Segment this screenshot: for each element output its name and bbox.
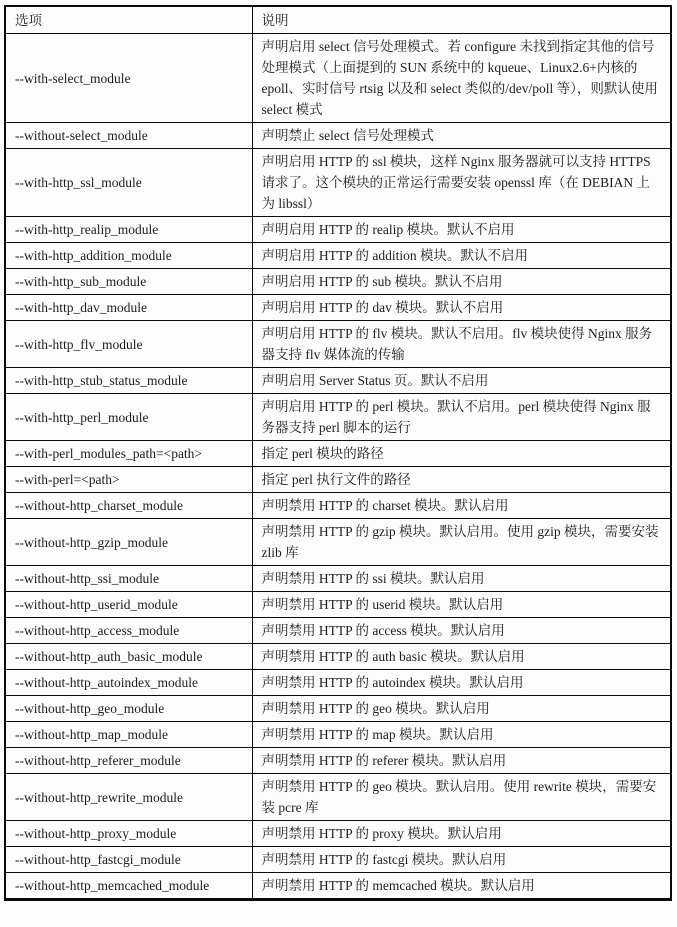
- option-cell: --without-http_referer_module: [5, 748, 252, 774]
- description-cell: 声明禁用 HTTP 的 map 模块。默认启用: [252, 722, 671, 748]
- options-table: 选项 说明 --with-select_module 声明启用 select 信…: [4, 5, 672, 901]
- table-row: --without-http_rewrite_module 声明禁用 HTTP …: [5, 774, 671, 821]
- option-cell: --without-http_gzip_module: [5, 519, 252, 566]
- option-cell: --with-http_perl_module: [5, 394, 252, 441]
- table-row: --without-http_memcached_module 声明禁用 HTT…: [5, 873, 671, 900]
- description-cell: 声明禁用 HTTP 的 ssi 模块。默认启用: [252, 566, 671, 592]
- description-cell: 声明禁用 HTTP 的 userid 模块。默认启用: [252, 592, 671, 618]
- option-cell: --without-http_autoindex_module: [5, 670, 252, 696]
- table-row: --with-http_perl_module 声明启用 HTTP 的 perl…: [5, 394, 671, 441]
- table-row: --without-http_map_module 声明禁用 HTTP 的 ma…: [5, 722, 671, 748]
- description-cell: 声明禁用 HTTP 的 memcached 模块。默认启用: [252, 873, 671, 900]
- description-cell: 声明禁用 HTTP 的 autoindex 模块。默认启用: [252, 670, 671, 696]
- option-cell: --without-http_userid_module: [5, 592, 252, 618]
- option-cell: --with-perl=<path>: [5, 467, 252, 493]
- document-page: 选项 说明 --with-select_module 声明启用 select 信…: [0, 0, 677, 927]
- description-cell: 声明启用 HTTP 的 dav 模块。默认不启用: [252, 295, 671, 321]
- description-cell: 声明禁用 HTTP 的 auth basic 模块。默认启用: [252, 644, 671, 670]
- description-cell: 声明启用 HTTP 的 addition 模块。默认不启用: [252, 243, 671, 269]
- header-row: 选项 说明: [5, 6, 671, 34]
- table-row: --without-http_auth_basic_module 声明禁用 HT…: [5, 644, 671, 670]
- table-row: --without-http_proxy_module 声明禁用 HTTP 的 …: [5, 821, 671, 847]
- description-cell: 声明启用 HTTP 的 perl 模块。默认不启用。perl 模块使得 Ngin…: [252, 394, 671, 441]
- table-row: --without-http_autoindex_module 声明禁用 HTT…: [5, 670, 671, 696]
- table-row: --without-http_fastcgi_module 声明禁用 HTTP …: [5, 847, 671, 873]
- table-row: --without-http_access_module 声明禁用 HTTP 的…: [5, 618, 671, 644]
- option-cell: --without-select_module: [5, 123, 252, 149]
- option-cell: --without-http_rewrite_module: [5, 774, 252, 821]
- table-row: --without-http_geo_module 声明禁用 HTTP 的 ge…: [5, 696, 671, 722]
- option-cell: --with-http_flv_module: [5, 321, 252, 368]
- description-cell: 声明启用 HTTP 的 sub 模块。默认不启用: [252, 269, 671, 295]
- description-cell: 声明启用 HTTP 的 flv 模块。默认不启用。flv 模块使得 Nginx …: [252, 321, 671, 368]
- option-cell: --without-http_fastcgi_module: [5, 847, 252, 873]
- option-cell: --with-http_stub_status_module: [5, 368, 252, 394]
- description-cell: 声明禁用 HTTP 的 fastcgi 模块。默认启用: [252, 847, 671, 873]
- description-cell: 声明启用 Server Status 页。默认不启用: [252, 368, 671, 394]
- table-row: --with-perl_modules_path=<path> 指定 perl …: [5, 441, 671, 467]
- table-row: --without-http_charset_module 声明禁用 HTTP …: [5, 493, 671, 519]
- column-header-option: 选项: [5, 6, 252, 34]
- option-cell: --without-http_geo_module: [5, 696, 252, 722]
- table-row: --without-http_ssi_module 声明禁用 HTTP 的 ss…: [5, 566, 671, 592]
- description-cell: 声明禁用 HTTP 的 proxy 模块。默认启用: [252, 821, 671, 847]
- description-cell: 声明禁用 HTTP 的 gzip 模块。默认启用。使用 gzip 模块，需要安装…: [252, 519, 671, 566]
- option-cell: --without-http_proxy_module: [5, 821, 252, 847]
- option-cell: --with-http_sub_module: [5, 269, 252, 295]
- description-cell: 声明禁用 HTTP 的 access 模块。默认启用: [252, 618, 671, 644]
- option-cell: --without-http_memcached_module: [5, 873, 252, 900]
- description-cell: 指定 perl 执行文件的路径: [252, 467, 671, 493]
- description-cell: 声明禁用 HTTP 的 geo 模块。默认启用: [252, 696, 671, 722]
- description-cell: 指定 perl 模块的路径: [252, 441, 671, 467]
- table-row: --with-http_flv_module 声明启用 HTTP 的 flv 模…: [5, 321, 671, 368]
- option-cell: --without-http_map_module: [5, 722, 252, 748]
- option-cell: --with-select_module: [5, 34, 252, 123]
- option-cell: --without-http_charset_module: [5, 493, 252, 519]
- option-cell: --with-http_ssl_module: [5, 149, 252, 217]
- option-cell: --with-perl_modules_path=<path>: [5, 441, 252, 467]
- table-row: --with-http_ssl_module 声明启用 HTTP 的 ssl 模…: [5, 149, 671, 217]
- option-cell: --with-http_dav_module: [5, 295, 252, 321]
- description-cell: 声明启用 HTTP 的 ssl 模块，这样 Nginx 服务器就可以支持 HTT…: [252, 149, 671, 217]
- table-row: --without-http_gzip_module 声明禁用 HTTP 的 g…: [5, 519, 671, 566]
- column-header-description: 说明: [252, 6, 671, 34]
- option-cell: --without-http_auth_basic_module: [5, 644, 252, 670]
- option-cell: --without-http_ssi_module: [5, 566, 252, 592]
- table-row: --with-http_addition_module 声明启用 HTTP 的 …: [5, 243, 671, 269]
- table-row: --without-http_userid_module 声明禁用 HTTP 的…: [5, 592, 671, 618]
- table-row: --with-http_stub_status_module 声明启用 Serv…: [5, 368, 671, 394]
- option-cell: --without-http_access_module: [5, 618, 252, 644]
- description-cell: 声明启用 select 信号处理模式。若 configure 未找到指定其他的信…: [252, 34, 671, 123]
- table-row: --with-http_sub_module 声明启用 HTTP 的 sub 模…: [5, 269, 671, 295]
- table-row: --with-select_module 声明启用 select 信号处理模式。…: [5, 34, 671, 123]
- option-cell: --with-http_addition_module: [5, 243, 252, 269]
- description-cell: 声明禁用 HTTP 的 charset 模块。默认启用: [252, 493, 671, 519]
- option-cell: --with-http_realip_module: [5, 217, 252, 243]
- description-cell: 声明禁用 HTTP 的 geo 模块。默认启用。使用 rewrite 模块，需要…: [252, 774, 671, 821]
- description-cell: 声明禁用 HTTP 的 referer 模块。默认启用: [252, 748, 671, 774]
- table-row: --with-perl=<path> 指定 perl 执行文件的路径: [5, 467, 671, 493]
- description-cell: 声明禁止 select 信号处理模式: [252, 123, 671, 149]
- table-row: --with-http_dav_module 声明启用 HTTP 的 dav 模…: [5, 295, 671, 321]
- table-row: --without-http_referer_module 声明禁用 HTTP …: [5, 748, 671, 774]
- table-row: --without-select_module 声明禁止 select 信号处理…: [5, 123, 671, 149]
- description-cell: 声明启用 HTTP 的 realip 模块。默认不启用: [252, 217, 671, 243]
- table-row: --with-http_realip_module 声明启用 HTTP 的 re…: [5, 217, 671, 243]
